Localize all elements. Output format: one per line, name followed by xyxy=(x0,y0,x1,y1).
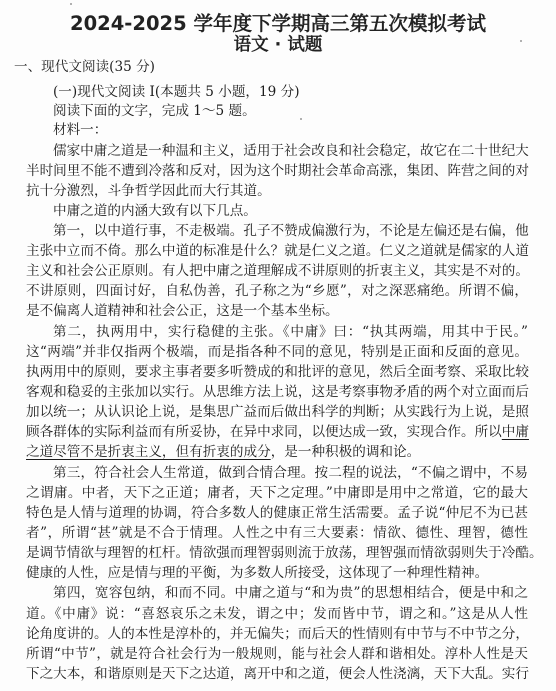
paragraph-line: 抗十分激烈，斗争哲学因此而大行其道。 xyxy=(26,182,528,200)
paragraph-line: 半时间里不能不遭到冷落和反对，因为这个时期社会革命高涨，集团、阵营之间的对 xyxy=(26,162,528,180)
scan-speck xyxy=(520,40,522,42)
material-label: 材料一： xyxy=(53,121,107,139)
paragraph-line: 道。《中庸》说：“喜怒哀乐之未发，谓之中；发而皆中节，谓之和。”这是从人性 xyxy=(26,605,528,623)
paragraph-line: 论角度讲的。人的本性是淳朴的，并无偏失；而后天的性情则有中节与不中节之分， xyxy=(26,625,528,643)
paragraph-line: 第一，以中道行事，不走极端。孔子不赞成偏激行为，不论是左偏还是右偏，他 xyxy=(53,222,528,240)
paragraph-line: 之谓庸。中者，天下之正道；庸者，天下之定理。”中庸即是用中之常道，它的最大 xyxy=(26,484,528,502)
paragraph-line: 儒家中庸之道是一种温和主义，适用于社会改良和社会稳定，故它在二十世纪大 xyxy=(53,142,528,160)
paragraph-line: 所谓“中节”，就是符合社会行为一般规则，能与社会人群和谐相处。淳朴人性是天 xyxy=(26,645,528,663)
paragraph-line: 这“两端”并非仅指两个极端，而是指各种不同的意见，特别是正面和反面的意见。 xyxy=(26,343,528,361)
paragraph-line: 下之大本，和谐原则是天下之达道，离开中和之道，便会人性浇漓，天下大乱。实行 xyxy=(26,665,528,683)
paragraph-line: 第二，执两用中，实行稳健的主张。《中庸》曰：“执其两端，用其中于民。” xyxy=(53,323,528,341)
exam-subtitle: 语文 · 试题 xyxy=(0,31,556,56)
paragraph-line-with-underline: 顾各群体的实际利益而有所妥协，在异中求同，以便达成一致，实现合作。所以 中庸 xyxy=(26,423,528,441)
paragraph-line: 客观和稳妥的主张加以实行。从思维方法上说，这是考察事物矛盾的两个对立面而后 xyxy=(26,383,528,401)
exam-page: 2024-2025 学年度下学期高三第五次模拟考试 语文 · 试题 一、现代文阅… xyxy=(0,0,556,691)
scan-speck xyxy=(300,118,302,120)
paragraph-line: 不讲原则，四面讨好，自私伪善，孔子称之为“乡愿”，对之深恶痛绝。所谓不偏， xyxy=(26,282,528,300)
paragraph-line: 主张中立而不倚。那么中道的标准是什么？就是仁义之道。仁义之道就是儒家的人道 xyxy=(26,242,528,260)
paragraph-line: 是不偏离人道精神和社会公正，这是一个基本坐标。 xyxy=(26,302,528,320)
paragraph-line: 第四，宽容包纳，和而不同。中庸之道与“和为贵”的思想相结合，便是中和之 xyxy=(53,584,528,602)
paragraph-text: 顾各群体的实际利益而有所妥协，在异中求同，以便达成一致，实现合作。所以 xyxy=(26,423,502,441)
paragraph-line: 是调节情欲与理智的杠杆。情欲强而理智弱则流于放荡，理智强而情欲弱则失于冷酷。 xyxy=(26,544,528,562)
section-heading: 一、现代文阅读(35 分) xyxy=(14,58,155,76)
paragraph-line: 主义和社会公正原则。有人把中庸之道理解成不讲原则的折衷主义，其实是不对的。 xyxy=(26,262,528,280)
underlined-text: 中庸 xyxy=(502,423,529,441)
paragraph-line: 特色是人情与道理的协调，符合多数人的健康正常生活需要。孟子说“仲尼不为已甚 xyxy=(26,504,528,522)
instruction-text: 阅读下面的文字，完成 1～5 题。 xyxy=(53,102,256,120)
section-subheading: (一)现代文阅读 Ⅰ(本题共 5 小题，19 分) xyxy=(53,83,300,101)
paragraph-line: 第三，符合社会人生常道，做到合情合理。按二程的说法，“不偏之谓中，不易 xyxy=(53,464,528,482)
paragraph-line: 者”，所谓“甚”就是不合于情理。人性之中有三大要素：情欲、德性、理智，德性 xyxy=(26,524,528,542)
underlined-text: 之道尽管不是折衷主义，但有折衷的成分 xyxy=(26,444,271,460)
paragraph-text: ，是一种积极的调和论。 xyxy=(271,444,421,460)
scan-speck xyxy=(70,3,72,5)
paragraph-line-with-underline: 之道尽管不是折衷主义，但有折衷的成分，是一种积极的调和论。 xyxy=(26,443,420,461)
paragraph-line: 中庸之道的内涵大致有以下几点。 xyxy=(53,202,528,220)
paragraph-line: 加以统一；从认识论上说，是集思广益而后做出科学的判断；从实践行为上说，是照 xyxy=(26,403,528,421)
paragraph-line: 执两用中的原则，要求主事者要多听赞成的和批评的意见，然后全面考察、采取比较 xyxy=(26,363,528,381)
paragraph-line: 健康的人性，应是情与理的平衡，为多数人所接受，这体现了一种理性精神。 xyxy=(26,564,528,582)
